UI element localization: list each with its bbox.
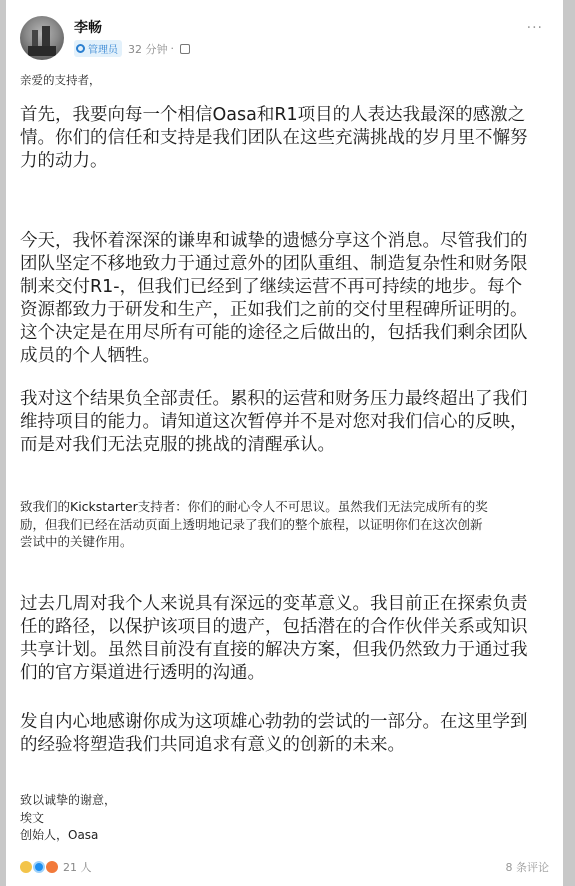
greeting: 亲爱的支持者， [20,72,101,88]
post-time[interactable]: 32 分钟 [128,41,168,57]
comments-count[interactable]: 8 条评论 [506,859,550,875]
signoff-name: 埃文 [20,810,116,828]
post-meta: 李畅 管理员 32 分钟 · [74,19,190,57]
signoff-title: 创始人，Oasa [20,827,116,845]
avatar-figure [28,46,56,56]
like-icon [33,861,45,873]
post-header: 李畅 管理员 32 分钟 · [20,16,190,60]
signoff: 致以诚挚的谢意， 埃文 创始人，Oasa [20,792,116,845]
admin-badge: 管理员 [74,40,122,57]
haha-icon [20,861,32,873]
paragraph-thanks: 发自内心地感谢你成为这项雄心勃勃的尝试的一部分。在这里学到的经验将塑造我们共同追… [20,711,530,757]
author-name[interactable]: 李畅 [74,19,190,37]
paragraph-announcement: 今天，我怀着深深的谦卑和诚挚的遗憾分享这个消息。尽管我们的团队坚定不移地致力于通… [20,230,530,368]
reaction-count: 21 人 [63,859,92,875]
paragraph-kickstarter: 致我们的Kickstarter支持者：你们的耐心令人不可思议。虽然我们无法完成所… [20,498,490,551]
globe-icon [180,44,190,54]
paragraph-reflection: 过去几周对我个人来说具有深远的变革意义。我目前正在探索负责任的路径，以保护该项目… [20,593,530,685]
signoff-closing: 致以诚挚的谢意， [20,792,116,810]
meta-separator: · [171,42,175,55]
paragraph-responsibility: 我对这个结果负全部责任。累积的运营和财务压力最终超出了我们维持项目的能力。请知道… [20,388,530,457]
admin-badge-label: 管理员 [88,41,118,56]
post-footer: 21 人 8 条评论 [20,856,549,878]
reactions-summary[interactable]: 21 人 [20,859,92,875]
post-subline: 管理员 32 分钟 · [74,40,190,57]
love-icon [46,861,58,873]
avatar[interactable] [20,16,64,60]
shield-icon [76,44,85,53]
more-icon[interactable]: ··· [527,20,543,36]
post-card: 李畅 管理员 32 分钟 · ··· 亲爱的支持者， 首先，我要向每一个相信Oa… [6,0,563,886]
paragraph-gratitude: 首先，我要向每一个相信Oasa和R1项目的人表达我最深的感激之情。你们的信任和支… [20,104,530,173]
